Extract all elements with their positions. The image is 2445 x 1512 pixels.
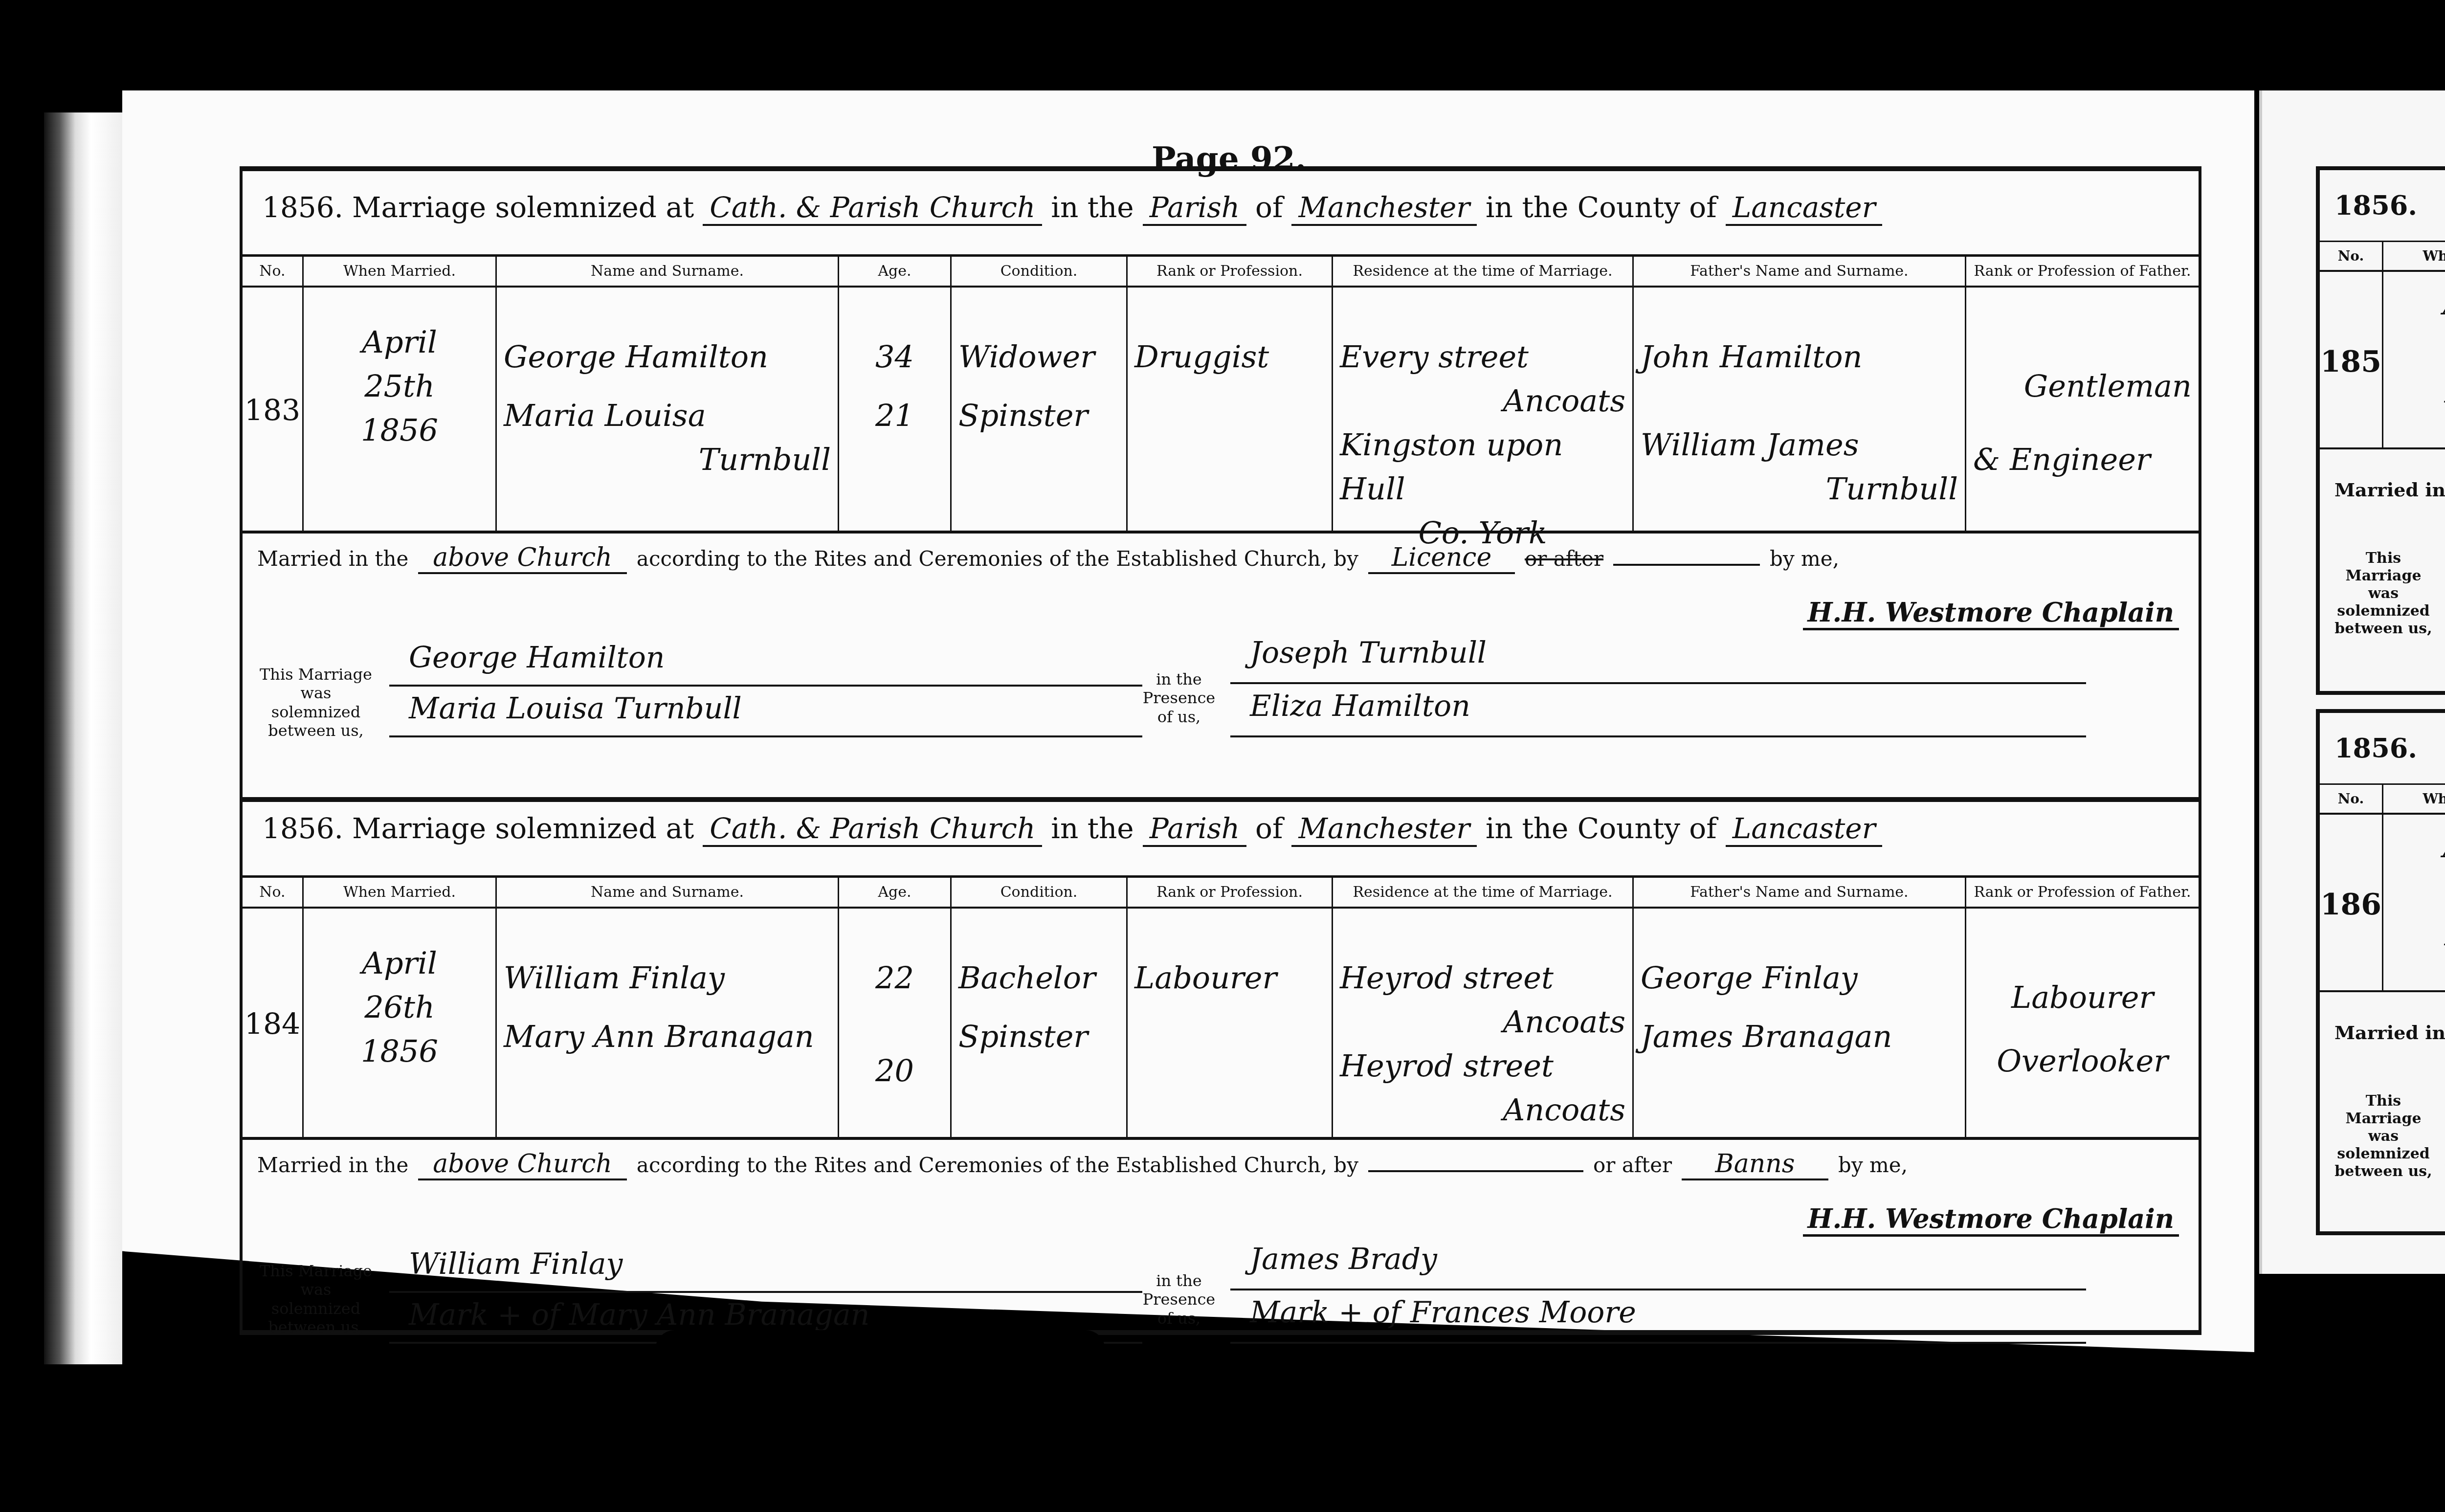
right-entry-186: 1856. Marriage s No.186 When Married. Ap… [2316,709,2445,1235]
rites-text: according to the Rites and Ceremonies of… [637,1153,1358,1177]
county-label: in the County of [1486,812,1717,845]
marriage-year: 1856 [2390,370,2445,414]
col-header-when: When Married. [2383,242,2445,272]
groom-residence: Heyrod street [1340,956,1625,1000]
groom-name: William Finlay [504,956,831,1000]
bride-age: 20 [846,1049,943,1093]
witness-2-signature: Mark + of Frances Moore [1230,1295,2086,1344]
married-in-label: Married in the [2334,1022,2445,1044]
married-in-line: Married in the above Church according to… [257,543,2184,574]
bride-father-surname: Turnbull [1641,467,1958,511]
in-the-label: in the [1051,812,1134,845]
marriage-day: 27th [2390,869,2445,913]
married-in-label: Married in the [257,1153,408,1177]
col-header-name: Name and Surname. [497,878,838,909]
married-in-label: Married in the [2334,479,2445,501]
col-header-age: Age. [839,257,950,288]
col-header-residence: Residence at the time of Marriage. [1333,878,1632,909]
col-header-no: No. [243,257,302,288]
church-name: Cath. & Parish Church [703,812,1042,847]
col-header-condition: Condition. [952,257,1126,288]
solemnized-label: This Marriage was solemnized between us, [2320,1073,2445,1200]
by-value: Licence [1368,543,1515,574]
witness-signatures: James Brady Mark + of Frances Moore [1230,1242,2086,1349]
of-label: of [1255,812,1283,845]
county-name: Lancaster [1726,191,1883,226]
right-married-in: Married in theabo [2320,992,2445,1073]
solemnized-between-label: This Marriage was solemnized between us, [257,1262,375,1337]
col-header-age: Age. [839,878,950,909]
parish-label: Parish [1143,191,1246,226]
marriage-month: April [311,320,489,364]
col-header-profession: Rank or Profession. [1128,257,1332,288]
groom-father-profession: Gentleman [1973,364,2192,408]
place-name: Manchester [1291,191,1477,226]
right-entry-table: No.186 When Married. April 27th 1856 Ge … [2320,783,2445,992]
minister-signature: H.H. Westmore Chaplain [1803,1203,2179,1237]
or-after-label: or after [1525,547,1603,571]
groom-residence: Every street [1340,335,1625,379]
marriage-year: 1856 [311,1029,489,1073]
rites-text: according to the Rites and Ceremonies of… [637,547,1358,571]
col-header-condition: Condition. [952,878,1126,909]
entry-table: No.183 When Married. April 25th 1856 Nam… [243,254,2199,534]
married-in-value: above Church [418,1149,627,1180]
place-name: Manchester [1291,812,1477,847]
bride-name: Maria Louisa [504,394,831,438]
entry-number: 185 [2327,282,2375,442]
bride-father-profession: Overlooker [1973,1039,2192,1083]
col-header-father: Father's Name and Surname. [1634,878,1965,909]
col-header-father: Father's Name and Surname. [1634,257,1965,288]
col-header-when: When Married. [2383,785,2445,815]
groom-profession: Druggist [1134,335,1325,379]
minister-signature: H.H. Westmore Chaplain [1803,597,2179,630]
register-page-right: 1856. Marriage s No.185 When Married. Ap… [2259,90,2445,1274]
groom-signature: William Finlay [389,1247,1142,1293]
bride-condition: Spinster [958,1015,1119,1059]
or-after-value: Banns [1682,1149,1828,1180]
marriage-entry-184: 1856. Marriage solemnized at Cath. & Par… [240,792,2201,1335]
marriage-day: 26th [311,985,489,1029]
marriage-entry-183: 1856. Marriage solemnized at Cath. & Par… [240,166,2201,802]
presence-label: in the Presence of us, [1142,1271,1216,1328]
solemnized-label: This Marriage was solemnized between us, [2320,530,2445,657]
col-header-when: When Married. [304,257,495,288]
in-the-label: in the [1051,191,1134,224]
col-header-no: No. [243,878,302,909]
col-header-when: When Married. [304,878,495,909]
col-header-name: Name and Surname. [497,257,838,288]
entry-table: No.184 When Married. April 26th 1856 Nam… [243,875,2199,1140]
entry-number: 186 [2327,825,2375,984]
col-header-profession: Rank or Profession. [1128,878,1332,909]
entry-headline: 1856. Marriage solemnized at Cath. & Par… [262,812,1882,847]
married-in-label: Married in the [257,547,408,571]
groom-name: George Hamilton [504,335,831,379]
solemnized-at-label: Marriage solemnized at [352,191,694,224]
parish-label: Parish [1143,812,1246,847]
bride-signature: Maria Louisa Turnbull [389,691,1142,737]
county-label: in the County of [1486,191,1717,224]
entry-headline: 1856. Marriage solemnized at Cath. & Par… [262,191,1882,226]
groom-residence-area: Ancoats [1340,379,1625,423]
groom-signature: George Hamilton [389,641,1142,687]
solemnized-between-label: This Marriage was solemnized between us, [257,665,375,740]
right-entry-185: 1856. Marriage s No.185 When Married. Ap… [2316,166,2445,695]
bride-condition: Spinster [958,394,1119,438]
entry-number: 184 [249,918,295,1131]
bride-residence: Kingston upon Hull [1340,423,1625,511]
bride-age: 21 [846,394,943,438]
marriage-day: 26th [2390,326,2445,370]
groom-profession: Labourer [1134,956,1325,1000]
groom-age: 34 [846,335,943,379]
church-name: Cath. & Parish Church [703,191,1042,226]
book-spine [44,112,122,1364]
marriage-month: April [2390,825,2445,869]
by-me-label: by me, [1770,547,1839,571]
entry-number: 183 [249,297,295,525]
bride-father: James Branagan [1641,1015,1958,1059]
bride-residence-area: Ancoats [1340,1088,1625,1132]
marriage-year: 1856 [2390,913,2445,957]
marriage-month: April [2390,282,2445,326]
witness-1-signature: Joseph Turnbull [1230,636,2086,684]
col-header-father-profession: Rank or Profession of Father. [1966,878,2199,909]
groom-father: John Hamilton [1641,335,1958,379]
by-me-label: by me, [1838,1153,1908,1177]
bride-surname: Turnbull [504,438,831,482]
right-entry-headline: 1856. Marriage s [2320,170,2445,241]
entry-year: 1856. [262,191,343,224]
right-married-in: Married in theabo [2320,449,2445,530]
groom-father-profession: Labourer [1973,976,2192,1020]
right-entry-headline: 1856. Marriage s [2320,713,2445,783]
marriage-day: 25th [311,364,489,408]
solemnized-at-label: Marriage solemnized at [352,812,694,845]
married-in-value: above Church [418,543,627,574]
entry-year: 1856. [2334,733,2417,764]
or-after-label: or after [1593,1153,1672,1177]
col-header-no: No. [2320,242,2382,272]
county-name: Lancaster [1726,812,1883,847]
witness-2-signature: Eliza Hamilton [1230,689,2086,737]
groom-residence-area: Ancoats [1340,1000,1625,1044]
groom-father: George Finlay [1641,956,1958,1000]
witness-signatures: Joseph Turnbull Eliza Hamilton [1230,636,2086,742]
groom-age: 22 [846,956,943,1000]
by-value [1368,1170,1583,1172]
marriage-month: April [311,941,489,985]
right-entry-table: No.185 When Married. April 26th 1856 Ja … [2320,241,2445,449]
groom-condition: Widower [958,335,1119,379]
entry-year: 1856. [2334,190,2417,221]
bride-father: William James [1641,423,1958,467]
bride-name: Mary Ann Branagan [504,1015,831,1059]
of-label: of [1255,191,1283,224]
col-header-residence: Residence at the time of Marriage. [1333,257,1632,288]
scanner-clip-shadow [655,1330,1105,1512]
col-header-father-profession: Rank or Profession of Father. [1966,257,2199,288]
marriage-year: 1856 [311,408,489,452]
married-in-line: Married in the above Church according to… [257,1149,2184,1180]
entry-year: 1856. [262,812,343,845]
bride-father-profession: & Engineer [1973,438,2192,482]
witness-1-signature: James Brady [1230,1242,2086,1290]
or-after-value [1613,564,1760,566]
presence-label: in the Presence of us, [1142,670,1216,726]
groom-condition: Bachelor [958,956,1119,1000]
bride-residence: Heyrod street [1340,1044,1625,1088]
col-header-no: No. [2320,785,2382,815]
